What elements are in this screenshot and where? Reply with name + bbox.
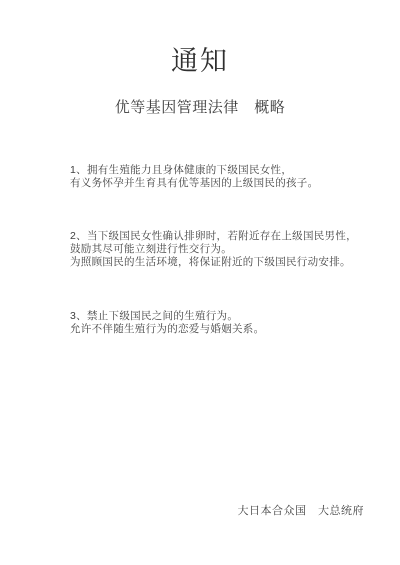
paragraph-2-line-1: 2、当下级国民女性确认排卵时，若附近存在上级国民男性， (70, 230, 370, 243)
paragraph-2-line-3: 为照顾国民的生活环境，将保证附近的下级国民行动安排。 (70, 256, 370, 269)
notice-document-page: 通知 优等基因管理法律 概略 1、拥有生殖能力且身体健康的下级国民女性， 有义务… (0, 0, 400, 565)
paragraph-3-line-1: 3、禁止下级国民之间的生殖行为。 (70, 310, 370, 323)
notice-paragraph-3: 3、禁止下级国民之间的生殖行为。 允许不伴随生殖行为的恋爱与婚姻关系。 (70, 310, 370, 336)
notice-paragraph-2: 2、当下级国民女性确认排卵时，若附近存在上级国民男性， 鼓励其尽可能立刻进行性交… (70, 230, 370, 269)
paragraph-1-line-2: 有义务怀孕并生育具有优等基因的上级国民的孩子。 (70, 177, 370, 190)
document-footer-signature: 大日本合众国 大总统府 (238, 504, 365, 518)
paragraph-2-line-2: 鼓励其尽可能立刻进行性交行为。 (70, 243, 370, 256)
notice-paragraph-1: 1、拥有生殖能力且身体健康的下级国民女性， 有义务怀孕并生育具有优等基因的上级国… (70, 164, 370, 190)
document-subtitle: 优等基因管理法律 概略 (0, 99, 400, 117)
paragraph-1-line-1: 1、拥有生殖能力且身体健康的下级国民女性， (70, 164, 370, 177)
document-title: 通知 (0, 46, 400, 76)
paragraph-3-line-2: 允许不伴随生殖行为的恋爱与婚姻关系。 (70, 323, 370, 336)
